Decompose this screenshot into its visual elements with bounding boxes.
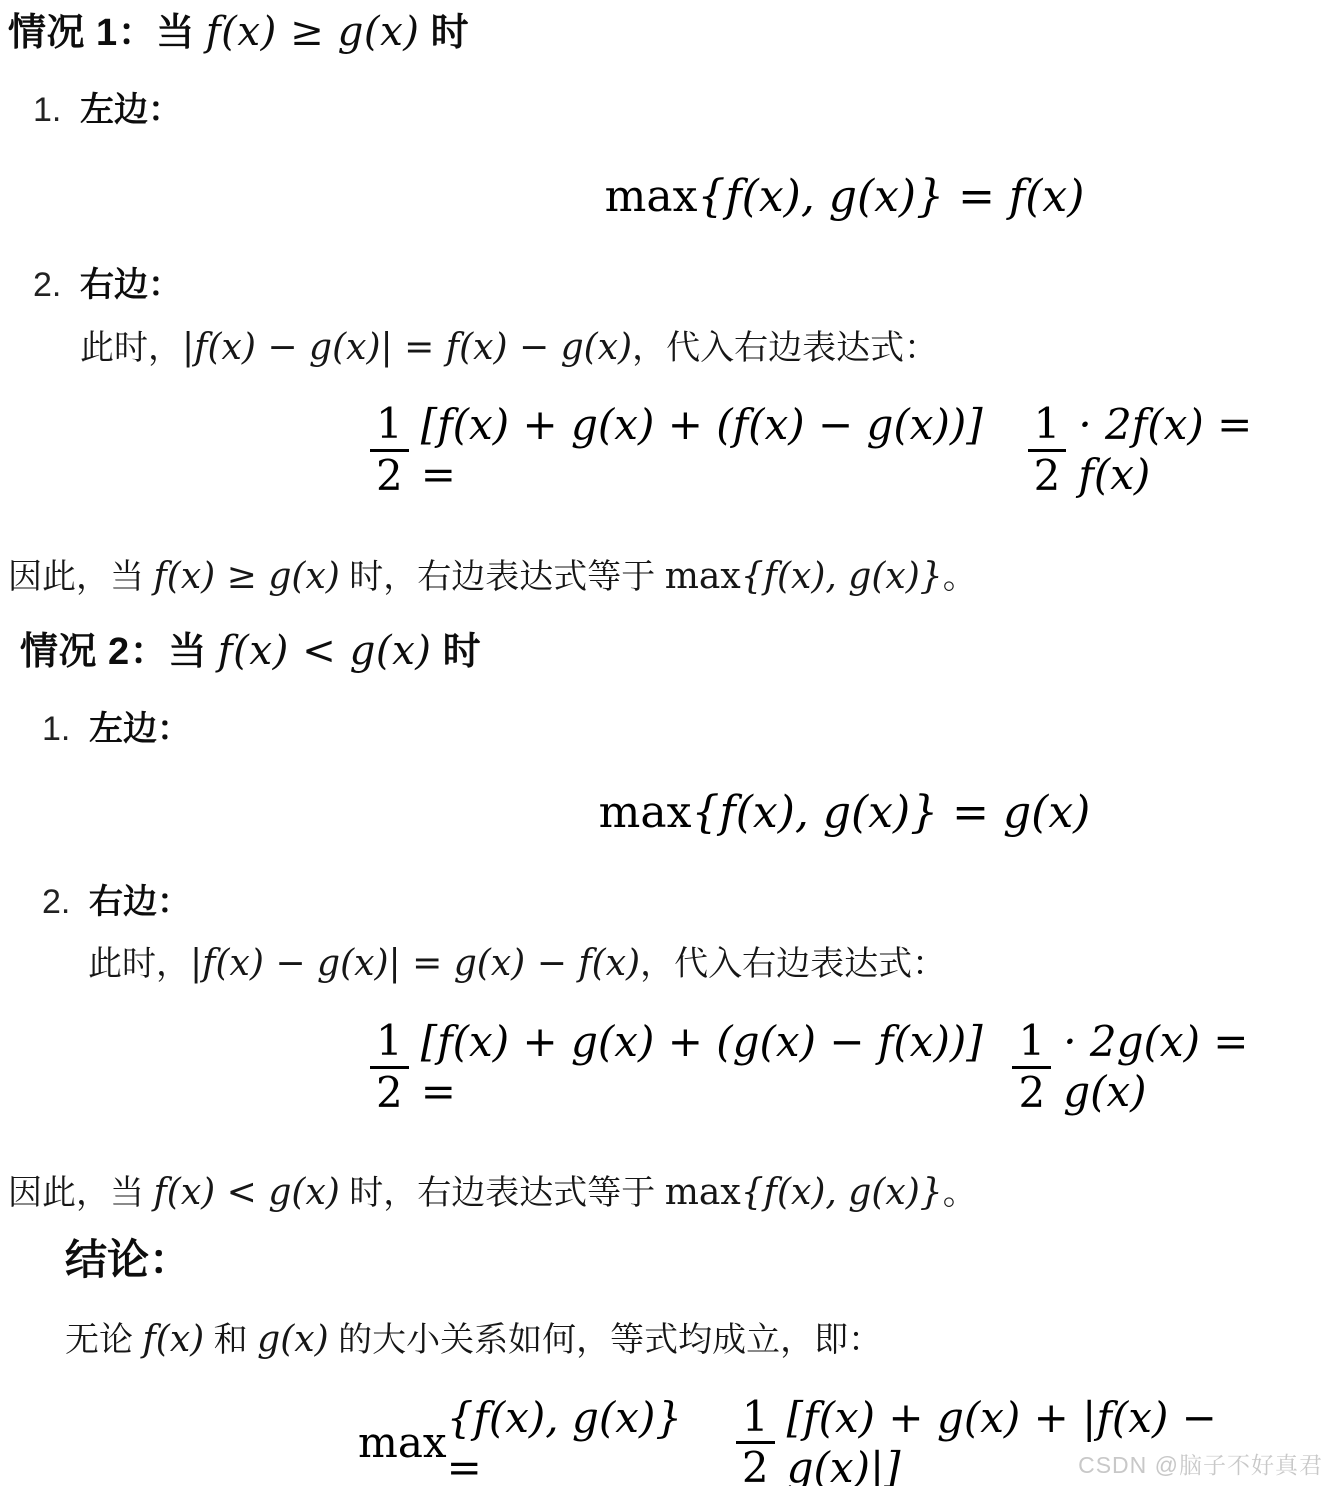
- list-number: 2.: [42, 880, 89, 924]
- fraction: 12: [1028, 402, 1067, 498]
- text: 时，右边表达式等于: [340, 558, 665, 596]
- fraction: 12: [370, 1019, 409, 1115]
- text: ，代入右边表达式：: [640, 945, 946, 983]
- list-number: 1.: [33, 88, 80, 132]
- case1-equation-right: 12[f(x) + g(x) + (f(x) − g(x))] =12· 2f(…: [358, 400, 1331, 501]
- equation-lhs: {f(x), g(x)} =: [447, 1393, 724, 1486]
- fraction-denominator: 2: [1018, 1069, 1045, 1116]
- case1-heading: 情况 1：当 f(x) ≥ g(x) 时: [8, 6, 1331, 58]
- case1-substitution-line: 此时，|f(x) − g(x)| = f(x) − g(x)，代入右边表达式：: [80, 322, 1331, 374]
- case1-item-left: 1.左边：: [33, 88, 1331, 132]
- max-operator: max: [665, 1172, 741, 1213]
- case2-heading-suffix: 时: [432, 631, 482, 673]
- max-operator: max: [599, 787, 692, 840]
- max-operator: max: [358, 1418, 447, 1468]
- case1-heading-math: f(x) ≥ g(x): [206, 9, 420, 55]
- case1-heading-prefix: 情况 1：当: [8, 12, 206, 54]
- text: 。: [943, 1174, 977, 1212]
- text: 因此，当: [8, 558, 153, 596]
- max-operator: max: [665, 556, 741, 597]
- text: 的大小关系如何，等式均成立，即：: [329, 1321, 882, 1359]
- fraction-numerator: 1: [370, 402, 409, 452]
- case2-heading-prefix: 情况 2：当: [20, 631, 218, 673]
- inline-math: |f(x) − g(x)| = f(x) − g(x): [182, 327, 632, 368]
- case2-substitution-line: 此时，|f(x) − g(x)| = g(x) − f(x)，代入右边表达式：: [88, 938, 1331, 990]
- case1-conclusion: 因此，当 f(x) ≥ g(x) 时，右边表达式等于 max{f(x), g(x…: [8, 551, 1331, 603]
- equation-tail: · 2g(x) = g(x): [1063, 1017, 1331, 1118]
- equation-tail: · 2f(x) = f(x): [1078, 400, 1331, 501]
- inline-math: g(x): [257, 1319, 329, 1360]
- inline-math: |f(x) − g(x)| = g(x) − f(x): [190, 943, 640, 984]
- fraction-denominator: 2: [742, 1444, 769, 1486]
- fraction: 12: [370, 402, 409, 498]
- list-label-right: 右边：: [80, 266, 182, 304]
- text: 此时，: [80, 329, 182, 367]
- case2-equation-left: max{f(x), g(x)} = g(x): [358, 787, 1331, 840]
- text: 此时，: [88, 945, 190, 983]
- list-number: 1.: [42, 707, 89, 751]
- fraction-numerator: 1: [370, 1019, 409, 1069]
- equation-body: [f(x) + g(x) + (g(x) − f(x))] =: [421, 1017, 1001, 1118]
- fraction-numerator: 1: [1028, 402, 1067, 452]
- csdn-watermark: CSDN @脑子不好真君: [1078, 1447, 1323, 1480]
- fraction-numerator: 1: [1012, 1019, 1051, 1069]
- list-label-left: 左边：: [80, 91, 182, 129]
- equation-body: {f(x), g(x)} = f(x): [697, 171, 1084, 224]
- case2-heading-math: f(x) < g(x): [218, 628, 432, 674]
- list-label-right: 右边：: [89, 883, 191, 921]
- inline-math: f(x) ≥ g(x): [153, 556, 339, 597]
- inline-math: f(x): [142, 1319, 204, 1360]
- text: 。: [943, 558, 977, 596]
- document-body: 情况 1：当 f(x) ≥ g(x) 时 1.左边： max{f(x), g(x…: [0, 0, 1331, 1486]
- fraction-denominator: 2: [1034, 452, 1061, 499]
- inline-math: f(x) < g(x): [153, 1172, 339, 1213]
- conclusion-intro: 无论 f(x) 和 g(x) 的大小关系如何，等式均成立，即：: [65, 1314, 1331, 1366]
- case1-heading-suffix: 时: [420, 12, 470, 54]
- text: 因此，当: [8, 1174, 153, 1212]
- case1-item-right: 2.右边：: [33, 263, 1331, 307]
- inline-math: {f(x), g(x)}: [741, 1172, 943, 1213]
- max-operator: max: [605, 171, 698, 224]
- case2-item-right: 2.右边：: [42, 880, 1331, 924]
- case2-conclusion: 因此，当 f(x) < g(x) 时，右边表达式等于 max{f(x), g(x…: [8, 1167, 1331, 1219]
- case2-equation-right: 12[f(x) + g(x) + (g(x) − f(x))] =12· 2g(…: [358, 1017, 1331, 1118]
- case1-equation-left: max{f(x), g(x)} = f(x): [358, 171, 1331, 224]
- list-number: 2.: [33, 263, 80, 307]
- fraction-numerator: 1: [736, 1395, 775, 1445]
- fraction: 12: [1012, 1019, 1051, 1115]
- case2-item-left: 1.左边：: [42, 707, 1331, 751]
- fraction-denominator: 2: [376, 1069, 403, 1116]
- fraction-denominator: 2: [376, 452, 403, 499]
- fraction: 12: [736, 1395, 775, 1486]
- text: 时，右边表达式等于: [340, 1174, 665, 1212]
- case2-heading: 情况 2：当 f(x) < g(x) 时: [20, 625, 1331, 677]
- equation-body: [f(x) + g(x) + (f(x) − g(x))] =: [421, 400, 1016, 501]
- text: 和: [204, 1321, 257, 1359]
- list-label-left: 左边：: [89, 710, 191, 748]
- text: ，代入右边表达式：: [632, 329, 938, 367]
- inline-math: {f(x), g(x)}: [741, 556, 943, 597]
- equation-body: {f(x), g(x)} = g(x): [691, 787, 1090, 840]
- text: 无论: [65, 1321, 142, 1359]
- conclusion-heading: 结论：: [65, 1234, 1331, 1287]
